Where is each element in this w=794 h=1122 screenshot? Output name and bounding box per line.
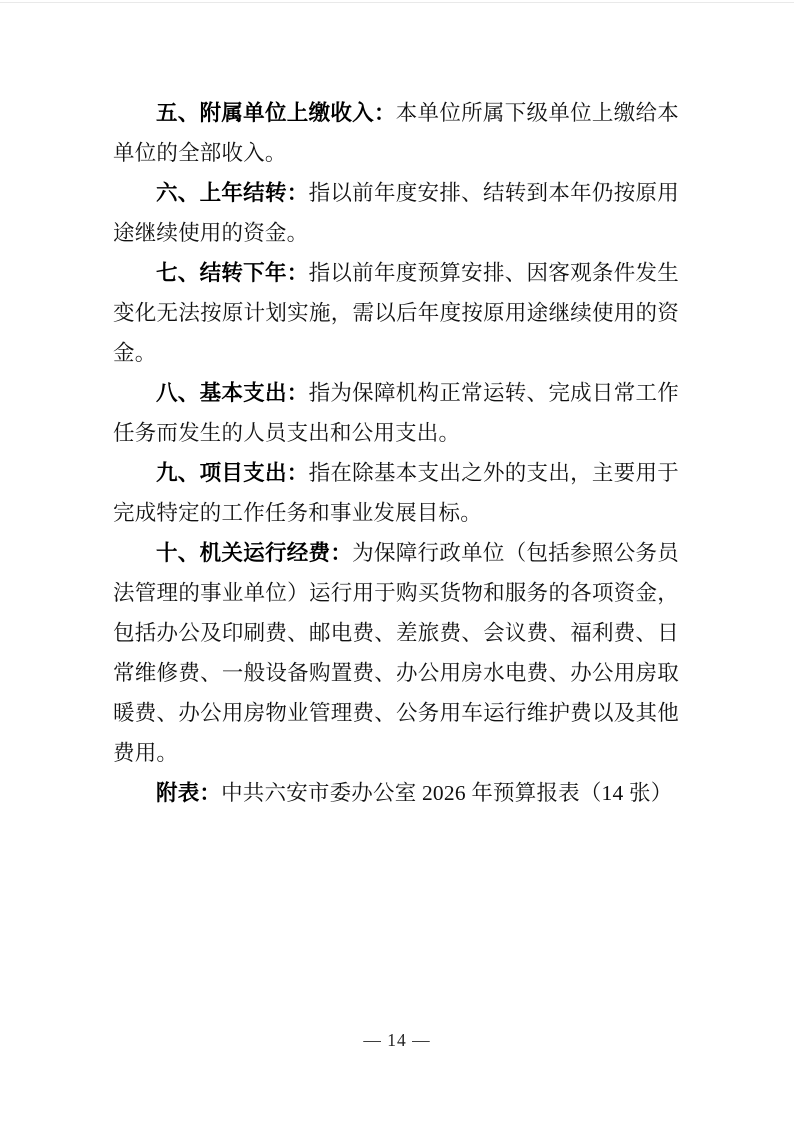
paragraph-body: 中共六安市委办公室 2026 年预算报表（14 张）	[221, 781, 672, 805]
paragraph-heading: 九、项目支出：	[156, 461, 309, 485]
paragraph-heading: 五、附属单位上缴收入：	[156, 101, 396, 125]
document-page: 五、附属单位上缴收入：本单位所属下级单位上缴给本单位的全部收入。六、上年结转：指…	[0, 0, 794, 1122]
paragraph-heading: 附表：	[156, 781, 221, 805]
paragraph: 八、基本支出：指为保障机构正常运转、完成日常工作任务而发生的人员支出和公用支出。	[113, 373, 679, 453]
paragraph: 十、机关运行经费：为保障行政单位（包括参照公务员法管理的事业单位）运行用于购买货…	[113, 533, 679, 773]
paragraph-heading: 七、结转下年：	[156, 261, 309, 285]
paragraph: 七、结转下年：指以前年度预算安排、因客观条件发生变化无法按原计划实施，需以后年度…	[113, 253, 679, 373]
paragraph-heading: 八、基本支出：	[156, 381, 309, 405]
paragraph: 六、上年结转：指以前年度安排、结转到本年仍按原用途继续使用的资金。	[113, 173, 679, 253]
paragraph: 附表：中共六安市委办公室 2026 年预算报表（14 张）	[113, 773, 679, 813]
paragraph: 九、项目支出：指在除基本支出之外的支出，主要用于完成特定的工作任务和事业发展目标…	[113, 453, 679, 533]
paragraph-heading: 十、机关运行经费：	[156, 541, 352, 565]
page-number: — 14 —	[0, 1028, 794, 1052]
document-body: 五、附属单位上缴收入：本单位所属下级单位上缴给本单位的全部收入。六、上年结转：指…	[113, 93, 679, 813]
paragraph-body: 为保障行政单位（包括参照公务员法管理的事业单位）运行用于购买货物和服务的各项资金…	[113, 541, 679, 765]
paragraph: 五、附属单位上缴收入：本单位所属下级单位上缴给本单位的全部收入。	[113, 93, 679, 173]
page-top-edge-divider	[0, 2, 794, 3]
paragraph-heading: 六、上年结转：	[156, 181, 309, 205]
